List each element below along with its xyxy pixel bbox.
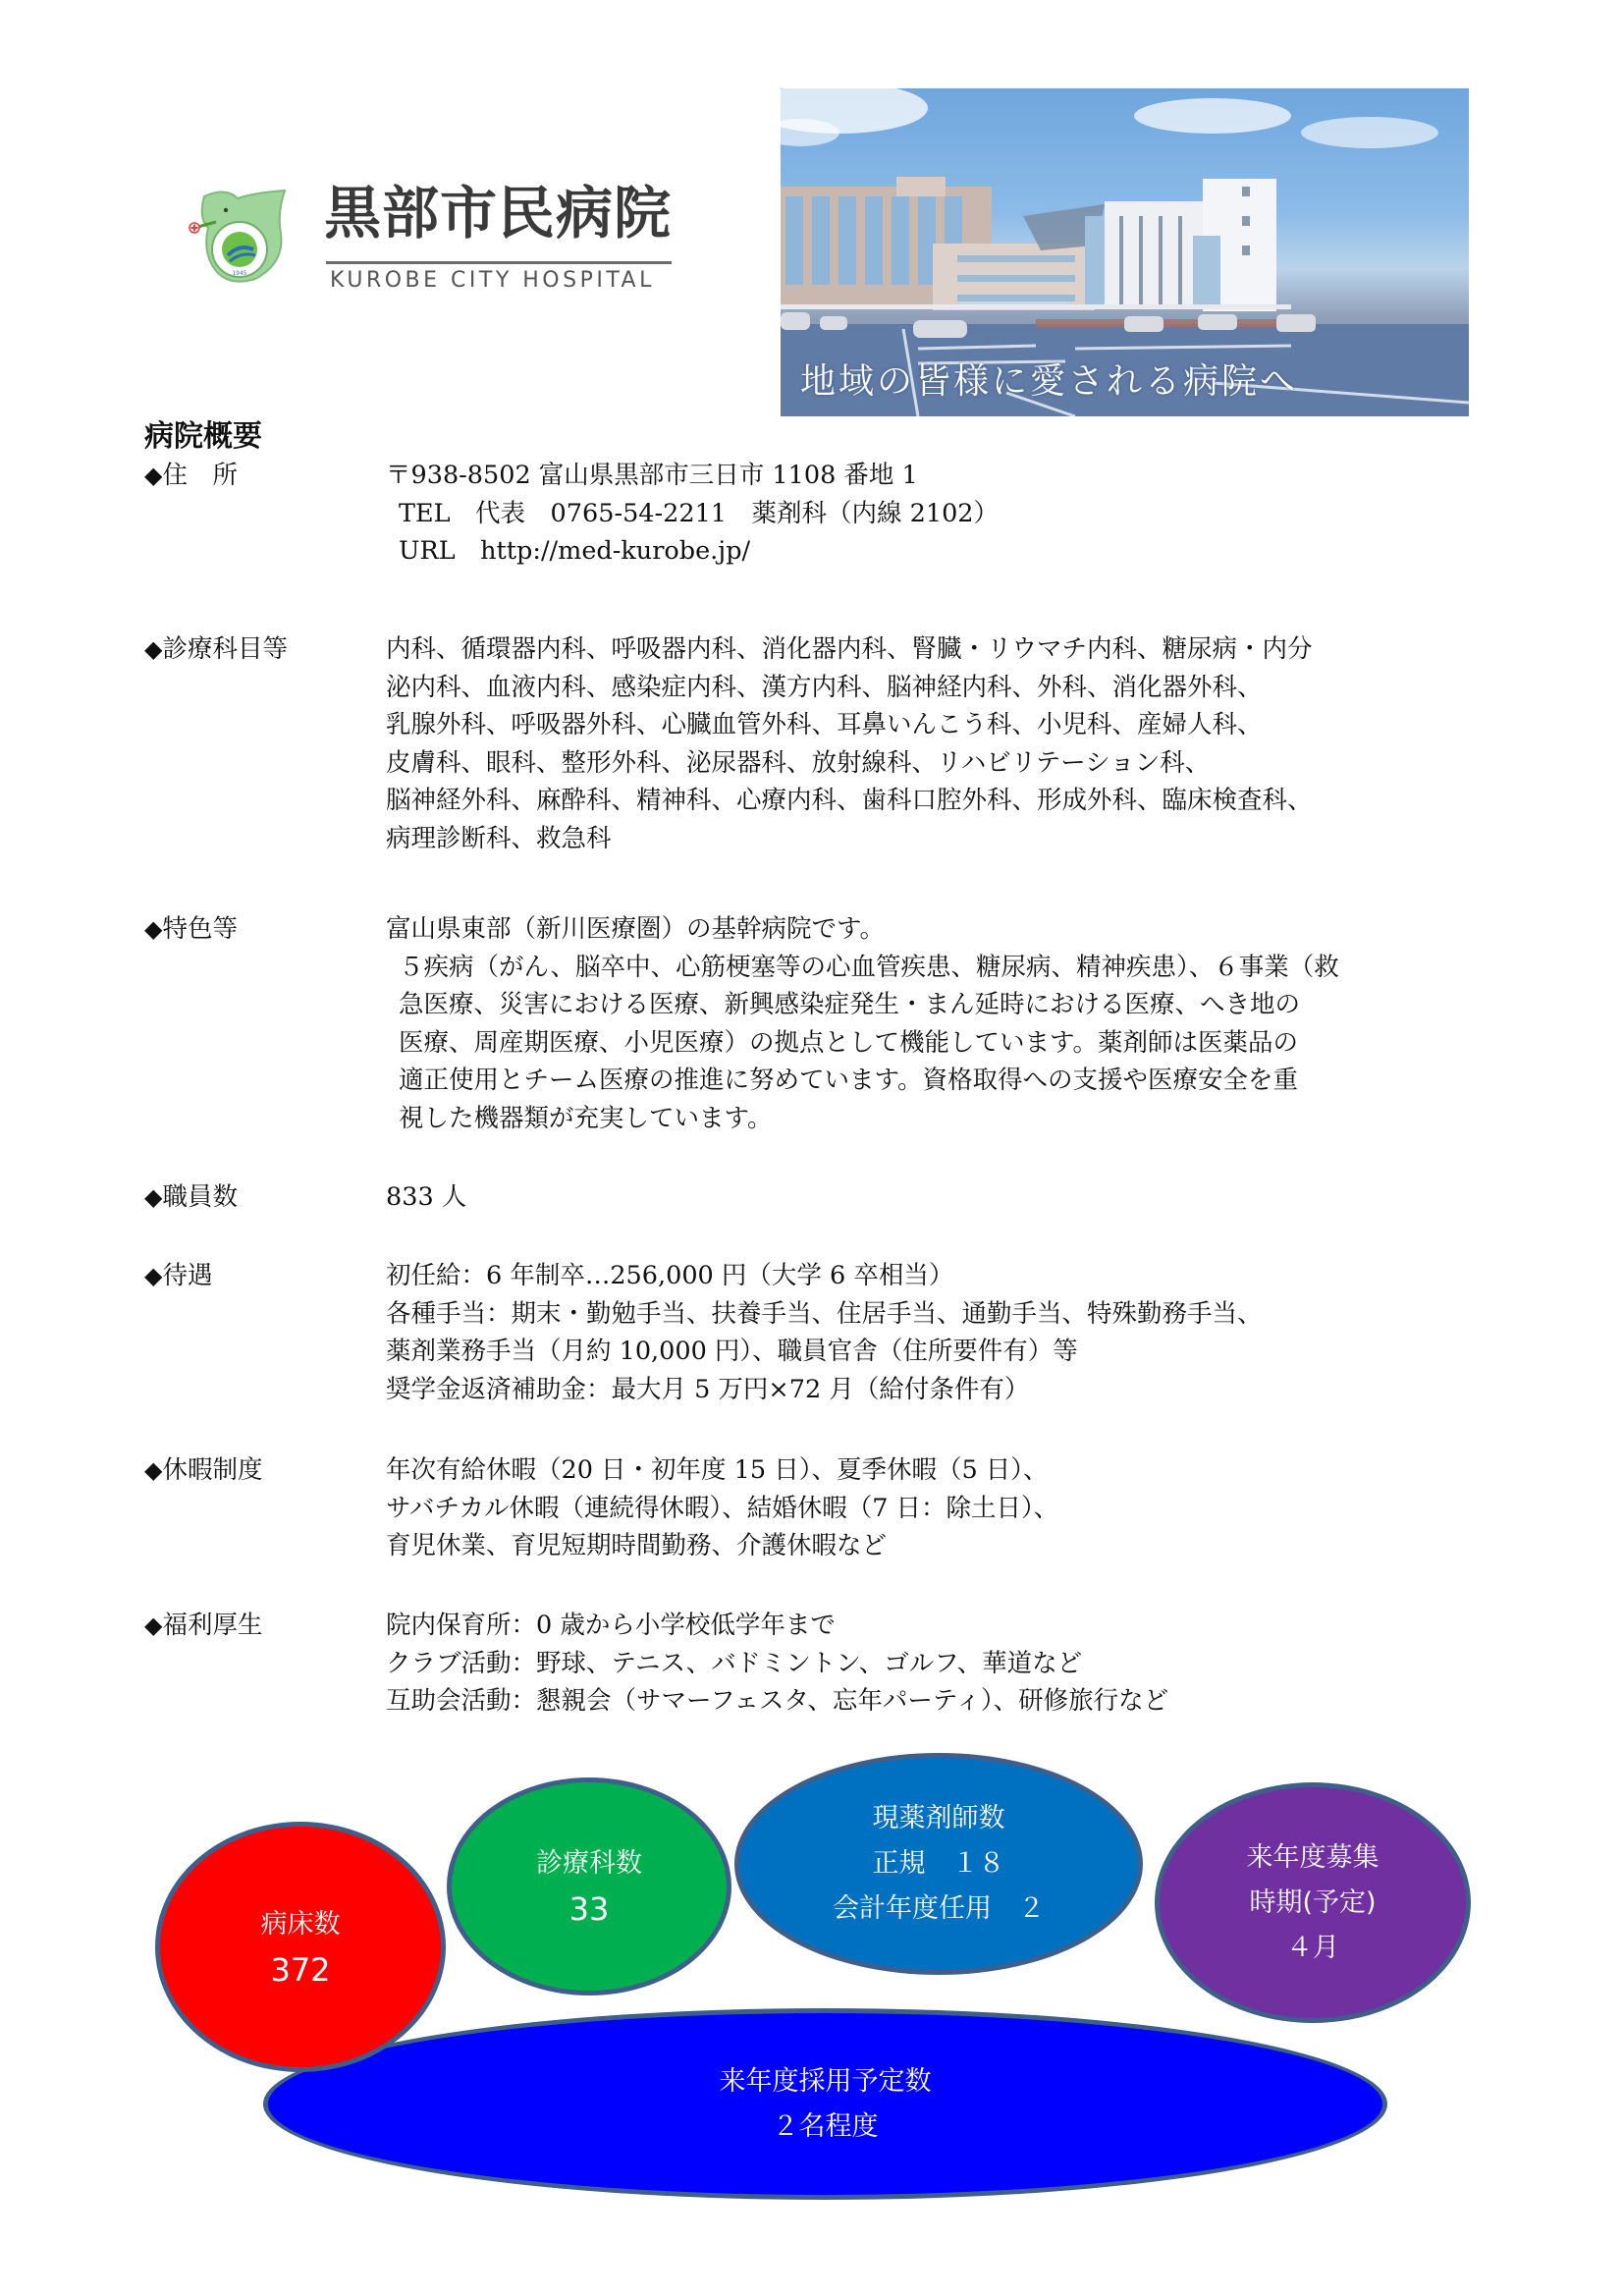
value-line: 泌内科、血液内科、感染症内科、漢方内科、脳神経内科、外科、消化器外科、 — [386, 669, 1486, 707]
value-line: 互助会活動：懇親会（サマーフェスタ、忘年パーティ）、研修旅行など — [386, 1682, 1486, 1721]
value-line: サバチカル休暇（連続得休暇）、結婚休暇（7 日：除土日）、 — [386, 1490, 1486, 1528]
value-line: 脳神経外科、麻酔科、精神科、心療内科、歯科口腔外科、形成外科、臨床検査科、 — [386, 782, 1486, 820]
oval-departments: 診療科数 33 — [447, 1777, 731, 1995]
row-value: 833 人 — [386, 1178, 1486, 1217]
value-line: 薬剤業務手当（月約 10,000 円）、職員官舎（住所要件有）等 — [386, 1333, 1486, 1371]
diamond-bullet-icon: ◆ — [144, 1612, 162, 1639]
row-value: 院内保育所：0 歳から小学校低学年まで クラブ活動：野球、テニス、バドミントン、… — [386, 1607, 1486, 1721]
hospital-logo: 1945 黒部市民病院 KUROBE CITY HOSPITAL — [187, 179, 677, 297]
row-label: ◆休暇制度 — [144, 1451, 262, 1490]
diamond-bullet-icon: ◆ — [144, 635, 162, 663]
diamond-bullet-icon: ◆ — [144, 915, 162, 943]
oval-recruit-period: 来年度募集 時期(予定) ４月 — [1155, 1782, 1471, 2023]
value-line: 乳腺外科、呼吸器外科、心臓血管外科、耳鼻いんこう科、小児科、産婦人科、 — [386, 706, 1486, 744]
hospital-building-photo: 地域の皆様に愛される病院へ — [781, 88, 1469, 416]
value-line: 富山県東部（新川医療圏）の基幹病院です。 — [386, 910, 1486, 949]
oval-label: 診療科数 — [536, 1841, 642, 1886]
row-value: 富山県東部（新川医療圏）の基幹病院です。 ５疾病（がん、脳卒中、心筋梗塞等の心血… — [386, 910, 1486, 1137]
value-line: クラブ活動：野球、テニス、バドミントン、ゴルフ、華道など — [386, 1645, 1486, 1683]
value-line: 皮膚科、眼科、整形外科、泌尿器科、放射線科、リハビリテーション科、 — [386, 744, 1486, 783]
value-line: 育児休業、育児短期時間勤務、介護休暇など — [386, 1527, 1486, 1565]
value-line: 適正使用とチーム医療の推進に努めています。資格取得への支援や医療安全を重 — [386, 1062, 1486, 1100]
diamond-bullet-icon: ◆ — [144, 1456, 162, 1484]
photo-caption: 地域の皆様に愛される病院へ — [800, 354, 1298, 404]
oval-hiring-plan: 来年度採用予定数 ２名程度 — [263, 2008, 1387, 2200]
oval-value: ４月 — [1286, 1926, 1339, 1971]
url-link[interactable]: URL http://med-kurobe.jp/ — [386, 532, 1486, 571]
section-title: 病院概要 — [144, 417, 262, 457]
value-line: ５疾病（がん、脳卒中、心筋梗塞等の心血管疾患、糖尿病、精神疾患）、６事業（救 — [386, 949, 1486, 987]
logo-divider — [326, 261, 672, 264]
row-label: ◆診療科目等 — [144, 630, 288, 669]
row-value: 〒938-8502 富山県黒部市三日市 1108 番地 1 TEL 代表 076… — [386, 457, 1486, 571]
dove-emblem-icon: 1945 — [187, 185, 304, 288]
diamond-bullet-icon: ◆ — [144, 1262, 162, 1289]
row-label: ◆職員数 — [144, 1178, 238, 1217]
oval-pharmacists: 現薬剤師数 正規 １８ 会計年度任用 ２ — [734, 1753, 1143, 1975]
oval-label: 病床数 — [261, 1902, 341, 1947]
oval-label: 時期(予定) — [1249, 1881, 1376, 1926]
row-value: 年次有給休暇（20 日・初年度 15 日）、夏季休暇（5 日）、 サバチカル休暇… — [386, 1451, 1486, 1565]
value-line: 年次有給休暇（20 日・初年度 15 日）、夏季休暇（5 日）、 — [386, 1451, 1486, 1490]
value-line: 医療、周産期医療、小児医療）の拠点として機能しています。薬剤師は医薬品の — [386, 1024, 1486, 1063]
value-line: 内科、循環器内科、呼吸器内科、消化器内科、腎臓・リウマチ内科、糖尿病・内分 — [386, 630, 1486, 669]
value-line: 院内保育所：0 歳から小学校低学年まで — [386, 1607, 1486, 1645]
oval-value: 33 — [569, 1886, 610, 1932]
value-line: 各種手当：期末・勤勉手当、扶養手当、住居手当、通勤手当、特殊勤務手当、 — [386, 1295, 1486, 1334]
svg-text:1945: 1945 — [232, 270, 246, 277]
value-line: 急医療、災害における医療、新興感染症発生・まん延時における医療、へき地の — [386, 986, 1486, 1024]
oval-value: ２名程度 — [773, 2105, 879, 2150]
oval-value: 372 — [270, 1947, 330, 1993]
value-line: 初任給：6 年制卒…256,000 円（大学 6 卒相当） — [386, 1257, 1486, 1295]
row-label: ◆住 所 — [144, 457, 238, 495]
oval-value: 会計年度任用 ２ — [833, 1886, 1045, 1932]
value-line: 833 人 — [386, 1178, 1486, 1217]
oval-value: 正規 １８ — [873, 1841, 1005, 1886]
diamond-bullet-icon: ◆ — [144, 462, 162, 489]
tel-line: TEL 代表 0765-54-2211 薬剤科（内線 2102） — [386, 495, 1486, 533]
address-line: 〒938-8502 富山県黒部市三日市 1108 番地 1 — [386, 457, 1486, 495]
oval-beds: 病床数 372 — [155, 1822, 446, 2072]
diamond-bullet-icon: ◆ — [144, 1183, 162, 1211]
hospital-name-en: KUROBE CITY HOSPITAL — [330, 267, 655, 295]
oval-label: 現薬剤師数 — [873, 1796, 1005, 1841]
row-value: 内科、循環器内科、呼吸器内科、消化器内科、腎臓・リウマチ内科、糖尿病・内分 泌内… — [386, 630, 1486, 857]
value-line: 奨学金返済補助金：最大月 5 万円×72 月（給付条件有） — [386, 1371, 1486, 1409]
row-label: ◆待遇 — [144, 1257, 212, 1295]
value-line: 視した機器類が充実しています。 — [386, 1100, 1486, 1138]
row-label: ◆特色等 — [144, 910, 238, 949]
row-label: ◆福利厚生 — [144, 1607, 262, 1645]
row-value: 初任給：6 年制卒…256,000 円（大学 6 卒相当） 各種手当：期末・勤勉… — [386, 1257, 1486, 1408]
value-line: 病理診断科、救急科 — [386, 820, 1486, 858]
oval-label: 来年度募集 — [1247, 1835, 1380, 1881]
hospital-name-jp: 黒部市民病院 — [324, 179, 672, 247]
oval-label: 来年度採用予定数 — [720, 2059, 932, 2105]
